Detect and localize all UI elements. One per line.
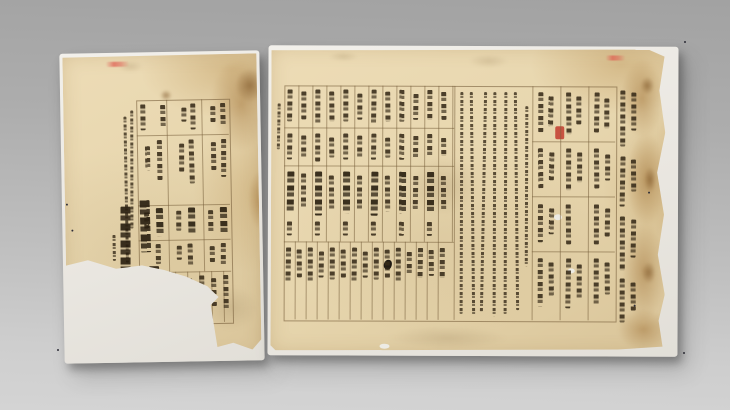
- handwriting-column: [399, 134, 404, 160]
- handwriting-column: [343, 172, 350, 214]
- ink-speck: [66, 204, 68, 206]
- handwriting-column: [308, 247, 313, 283]
- handwriting-column: [211, 142, 216, 170]
- right-document-page: [267, 45, 678, 356]
- stain: [328, 51, 358, 61]
- handwriting-column: [343, 222, 348, 236]
- handwriting-column: [417, 248, 423, 278]
- handwriting-column: [577, 152, 582, 182]
- handwriting-column: [315, 171, 322, 215]
- handwriting-column: [620, 279, 625, 323]
- ink-speck: [71, 230, 73, 232]
- handwriting-column: [396, 248, 401, 282]
- handwriting-column: [548, 96, 554, 126]
- handwriting-column: [179, 144, 184, 172]
- handwriting-column: [363, 252, 368, 278]
- handwriting-column: [577, 264, 582, 298]
- handwriting-column: [315, 89, 320, 123]
- handwriting-column: [605, 154, 610, 180]
- handwriting-column: [440, 248, 445, 278]
- handwriting-column: [631, 93, 636, 131]
- stain: [642, 262, 656, 284]
- handwriting-column: [371, 222, 376, 236]
- handwriting-column: [190, 103, 195, 129]
- handwriting-column: [329, 175, 334, 211]
- handwriting-column: [549, 152, 555, 180]
- handwriting-column: [357, 94, 362, 120]
- handwriting-column: [631, 283, 636, 311]
- handwriting-column: [620, 156, 626, 206]
- handwriting-column: [413, 94, 418, 120]
- handwriting-column: [427, 172, 434, 214]
- handwriting-column: [549, 262, 554, 298]
- handwriting-column: [441, 92, 446, 120]
- handwriting-column: [208, 210, 213, 232]
- paper-sheet: [267, 45, 678, 356]
- handwriting-column: [301, 91, 306, 119]
- handwriting-column: [441, 138, 446, 156]
- handwriting-column: [605, 208, 611, 236]
- dust-speck: [683, 352, 685, 354]
- handwriting-column: [297, 249, 302, 277]
- handwriting-column: [594, 92, 600, 132]
- handwriting-column: [343, 90, 348, 122]
- handwriting-column: [566, 92, 571, 134]
- handwriting-column: [187, 243, 193, 265]
- handwriting-column: [112, 235, 115, 261]
- handwriting-column: [156, 208, 164, 236]
- handwriting-column: [329, 91, 334, 121]
- handwriting-column: [399, 172, 406, 214]
- handwriting-column: [285, 247, 291, 281]
- stain: [468, 54, 508, 68]
- dust-speck: [57, 349, 59, 351]
- handwriting-column: [357, 176, 362, 210]
- handwriting-column: [287, 171, 295, 213]
- handwriting-column: [145, 146, 150, 170]
- handwriting-column: [343, 134, 348, 160]
- calligraphy-column: [140, 200, 152, 252]
- handwriting-column: [315, 221, 320, 235]
- handwriting-column: [427, 90, 432, 120]
- handwriting-column: [221, 139, 226, 177]
- handwriting-column: [538, 92, 543, 132]
- handwriting-column: [427, 134, 432, 158]
- handwriting-column: [538, 148, 543, 188]
- handwriting-column: [371, 172, 379, 216]
- handwriting-column: [156, 244, 161, 264]
- handwriting-column: [287, 133, 292, 159]
- handwriting-column: [631, 160, 636, 192]
- handwriting-column: [177, 246, 182, 260]
- handwriting-column: [385, 138, 390, 158]
- stain: [620, 59, 664, 139]
- handwriting-column: [441, 176, 446, 212]
- handwriting-column: [385, 92, 390, 122]
- handwriting-column: [594, 148, 599, 188]
- handwriting-column: [176, 211, 181, 231]
- handwriting-column: [407, 252, 412, 276]
- handwriting-column: [357, 136, 362, 158]
- handwriting-column: [631, 220, 637, 258]
- handwriting-column: [330, 248, 335, 280]
- handwriting-column: [341, 250, 346, 278]
- handwriting-column: [210, 106, 215, 122]
- handwriting-column: [220, 103, 226, 127]
- calligraphy-column: [120, 207, 130, 269]
- red-pigment-smear: [605, 55, 625, 60]
- handwriting-column: [385, 250, 390, 278]
- handwriting-column: [140, 104, 145, 130]
- handwriting-column: [620, 217, 625, 271]
- handwriting-column: [604, 98, 609, 128]
- handwriting-column: [565, 258, 571, 308]
- handwriting-column: [371, 90, 377, 124]
- handwriting-column: [620, 91, 625, 147]
- stain: [235, 68, 266, 103]
- handwriting-column: [351, 248, 357, 282]
- handwriting-column: [277, 103, 281, 149]
- paper-loss-chip: [379, 344, 389, 349]
- handwriting-column: [181, 108, 186, 122]
- handwriting-column: [287, 221, 292, 235]
- handwriting-column: [329, 137, 334, 157]
- handwriting-column: [223, 275, 229, 309]
- handwriting-column: [188, 207, 195, 235]
- handwriting-column: [566, 148, 571, 190]
- handwriting-column: [301, 135, 306, 157]
- handwriting-column: [576, 96, 581, 124]
- red-pigment-smear: [105, 62, 129, 67]
- ink-speck: [648, 192, 650, 194]
- handwriting-column: [413, 176, 419, 210]
- handwriting-column: [429, 250, 434, 276]
- handwriting-column: [371, 134, 376, 160]
- handwriting-column: [594, 204, 599, 244]
- handwriting-column: [399, 90, 404, 122]
- handwriting-column: [287, 89, 293, 121]
- handwriting-column: [538, 258, 543, 306]
- handwriting-column: [549, 208, 554, 234]
- left-document-page: [59, 50, 264, 363]
- handwriting-column: [315, 133, 320, 161]
- handwriting-column: [221, 243, 226, 265]
- handwriting-column: [157, 140, 163, 180]
- handwriting-column: [210, 246, 215, 262]
- handwriting-column: [413, 136, 418, 158]
- photo-backdrop: [0, 0, 730, 410]
- handwriting-column: [399, 222, 404, 236]
- handwriting-column: [525, 106, 529, 266]
- handwriting-column: [374, 248, 379, 280]
- handwriting-column: [385, 176, 390, 212]
- handwriting-column: [160, 105, 166, 127]
- handwriting-column: [566, 204, 571, 244]
- stain: [387, 326, 507, 350]
- dust-speck: [684, 41, 686, 43]
- handwriting-column: [427, 222, 432, 236]
- handwriting-column: [301, 173, 306, 207]
- handwriting-column: [594, 258, 599, 304]
- stain: [640, 77, 654, 95]
- handwriting-column: [319, 251, 324, 277]
- handwriting-column: [220, 207, 228, 235]
- handwriting-column: [605, 262, 610, 294]
- stain: [644, 167, 656, 193]
- handwriting-column: [538, 204, 543, 242]
- handwriting-column: [130, 111, 133, 229]
